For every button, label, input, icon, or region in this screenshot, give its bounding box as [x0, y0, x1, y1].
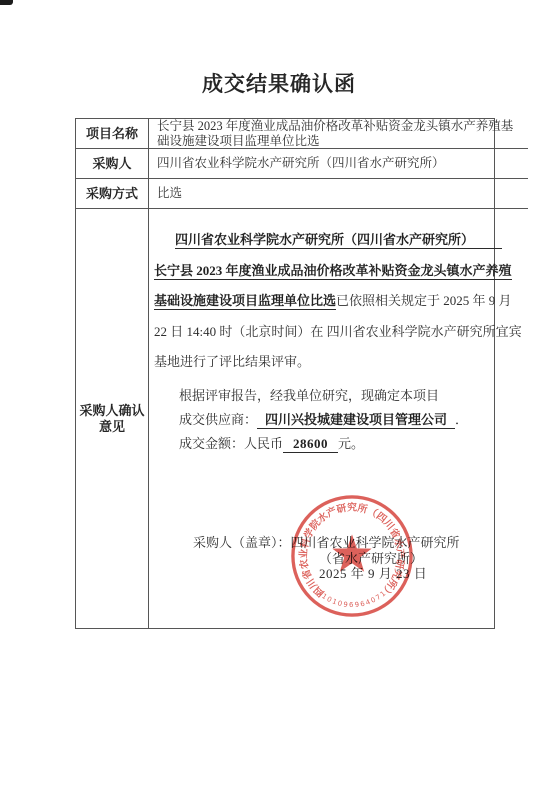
decision-paragraph: 根据评审报告，经我单位研究，现确定本项目 成交供应商：四川兴投城建建设项目管理公… [154, 384, 522, 456]
result-line-3-rest: 已依照相关规定于 2025 年 9 月 [336, 293, 512, 308]
procurement-method-text: 比选 [157, 186, 182, 201]
purchaser-label: 采购人 [76, 149, 149, 179]
supplier-suffix: ． [455, 412, 468, 427]
result-paragraph: 四川省农业科学院水产研究所（四川省水产研究所） 长宁县 2023 年度渔业成品油… [154, 209, 522, 378]
procurement-method-label: 采购方式 [76, 179, 149, 209]
project-name-text: 长宁县 2023 年度渔业成品油价格改革补贴资金龙头镇水产养殖基础设施建设项目监… [157, 119, 520, 149]
signature-line-purchaser-seal: 采购人（盖章）：四川省农业科学院水产研究所 [193, 535, 528, 551]
purchaser-value: 四川省农业科学院水产研究所（四川省水产研究所） [149, 149, 528, 179]
project-name-label: 项目名称 [76, 119, 149, 149]
confirm-opinion-label: 采购人确认 意见 [76, 209, 149, 628]
project-name-value: 长宁县 2023 年度渔业成品油价格改革补贴资金龙头镇水产养殖基础设施建设项目监… [149, 119, 528, 149]
purchaser-text: 四川省农业科学院水产研究所（四川省水产研究所） [157, 156, 445, 171]
procurement-method-value: 比选 [149, 179, 528, 209]
amount-label: 成交金额：人民币 [179, 436, 283, 451]
result-line-5: 基地进行了评比结果评审。 [154, 347, 522, 378]
result-line-3: 基础设施建设项目监理单位比选已依照相关规定于 2025 年 9 月 [154, 286, 522, 317]
confirmation-table: 项目名称 长宁县 2023 年度渔业成品油价格改革补贴资金龙头镇水产养殖基础设施… [75, 118, 495, 629]
document-title: 成交结果确认函 [0, 68, 558, 98]
signature-block: 采购人（盖章）：四川省农业科学院水产研究所 （省水产研究所） 2025 年 9 … [149, 535, 528, 582]
supplier-name-underlined: 四川兴投城建建设项目管理公司 [257, 412, 455, 429]
result-line-4: 22 日 14:40 时（北京时间）在 四川省农业科学院水产研究所宜宾 [154, 317, 522, 348]
confirm-opinion-label-line1: 采购人确认 [79, 403, 144, 419]
scanned-document-page: { "document": { "title": "成交结果确认函" }, "t… [0, 0, 558, 798]
supplier-line: 成交供应商：四川兴投城建建设项目管理公司． [154, 408, 522, 432]
amount-value-underlined: 28600 [283, 436, 338, 453]
confirm-opinion-content: 四川省农业科学院水产研究所（四川省水产研究所） 长宁县 2023 年度渔业成品油… [149, 209, 528, 628]
purchaser-name-underlined: 四川省农业科学院水产研究所（四川省水产研究所） [175, 232, 502, 249]
decision-line-1: 根据评审报告，经我单位研究，现确定本项目 [154, 384, 522, 408]
signature-line-date: 2025 年 9 月 23 日 [319, 566, 528, 582]
amount-line: 成交金额：人民币28600元。 [154, 432, 522, 456]
signature-line-institute-alias: （省水产研究所） [319, 551, 528, 567]
project-name-underlined-part2: 基础设施建设项目监理单位比选 [154, 293, 336, 310]
supplier-label: 成交供应商： [179, 412, 257, 427]
scan-artifact-mark [0, 0, 13, 5]
project-name-underlined-part1: 长宁县 2023 年度渔业成品油价格改革补贴资金龙头镇水产养殖 [154, 263, 512, 280]
result-line-1: 四川省农业科学院水产研究所（四川省水产研究所） [154, 225, 522, 256]
amount-suffix: 元。 [338, 436, 364, 451]
result-line-2: 长宁县 2023 年度渔业成品油价格改革补贴资金龙头镇水产养殖 [154, 256, 522, 287]
confirm-opinion-label-line2: 意见 [79, 419, 144, 435]
